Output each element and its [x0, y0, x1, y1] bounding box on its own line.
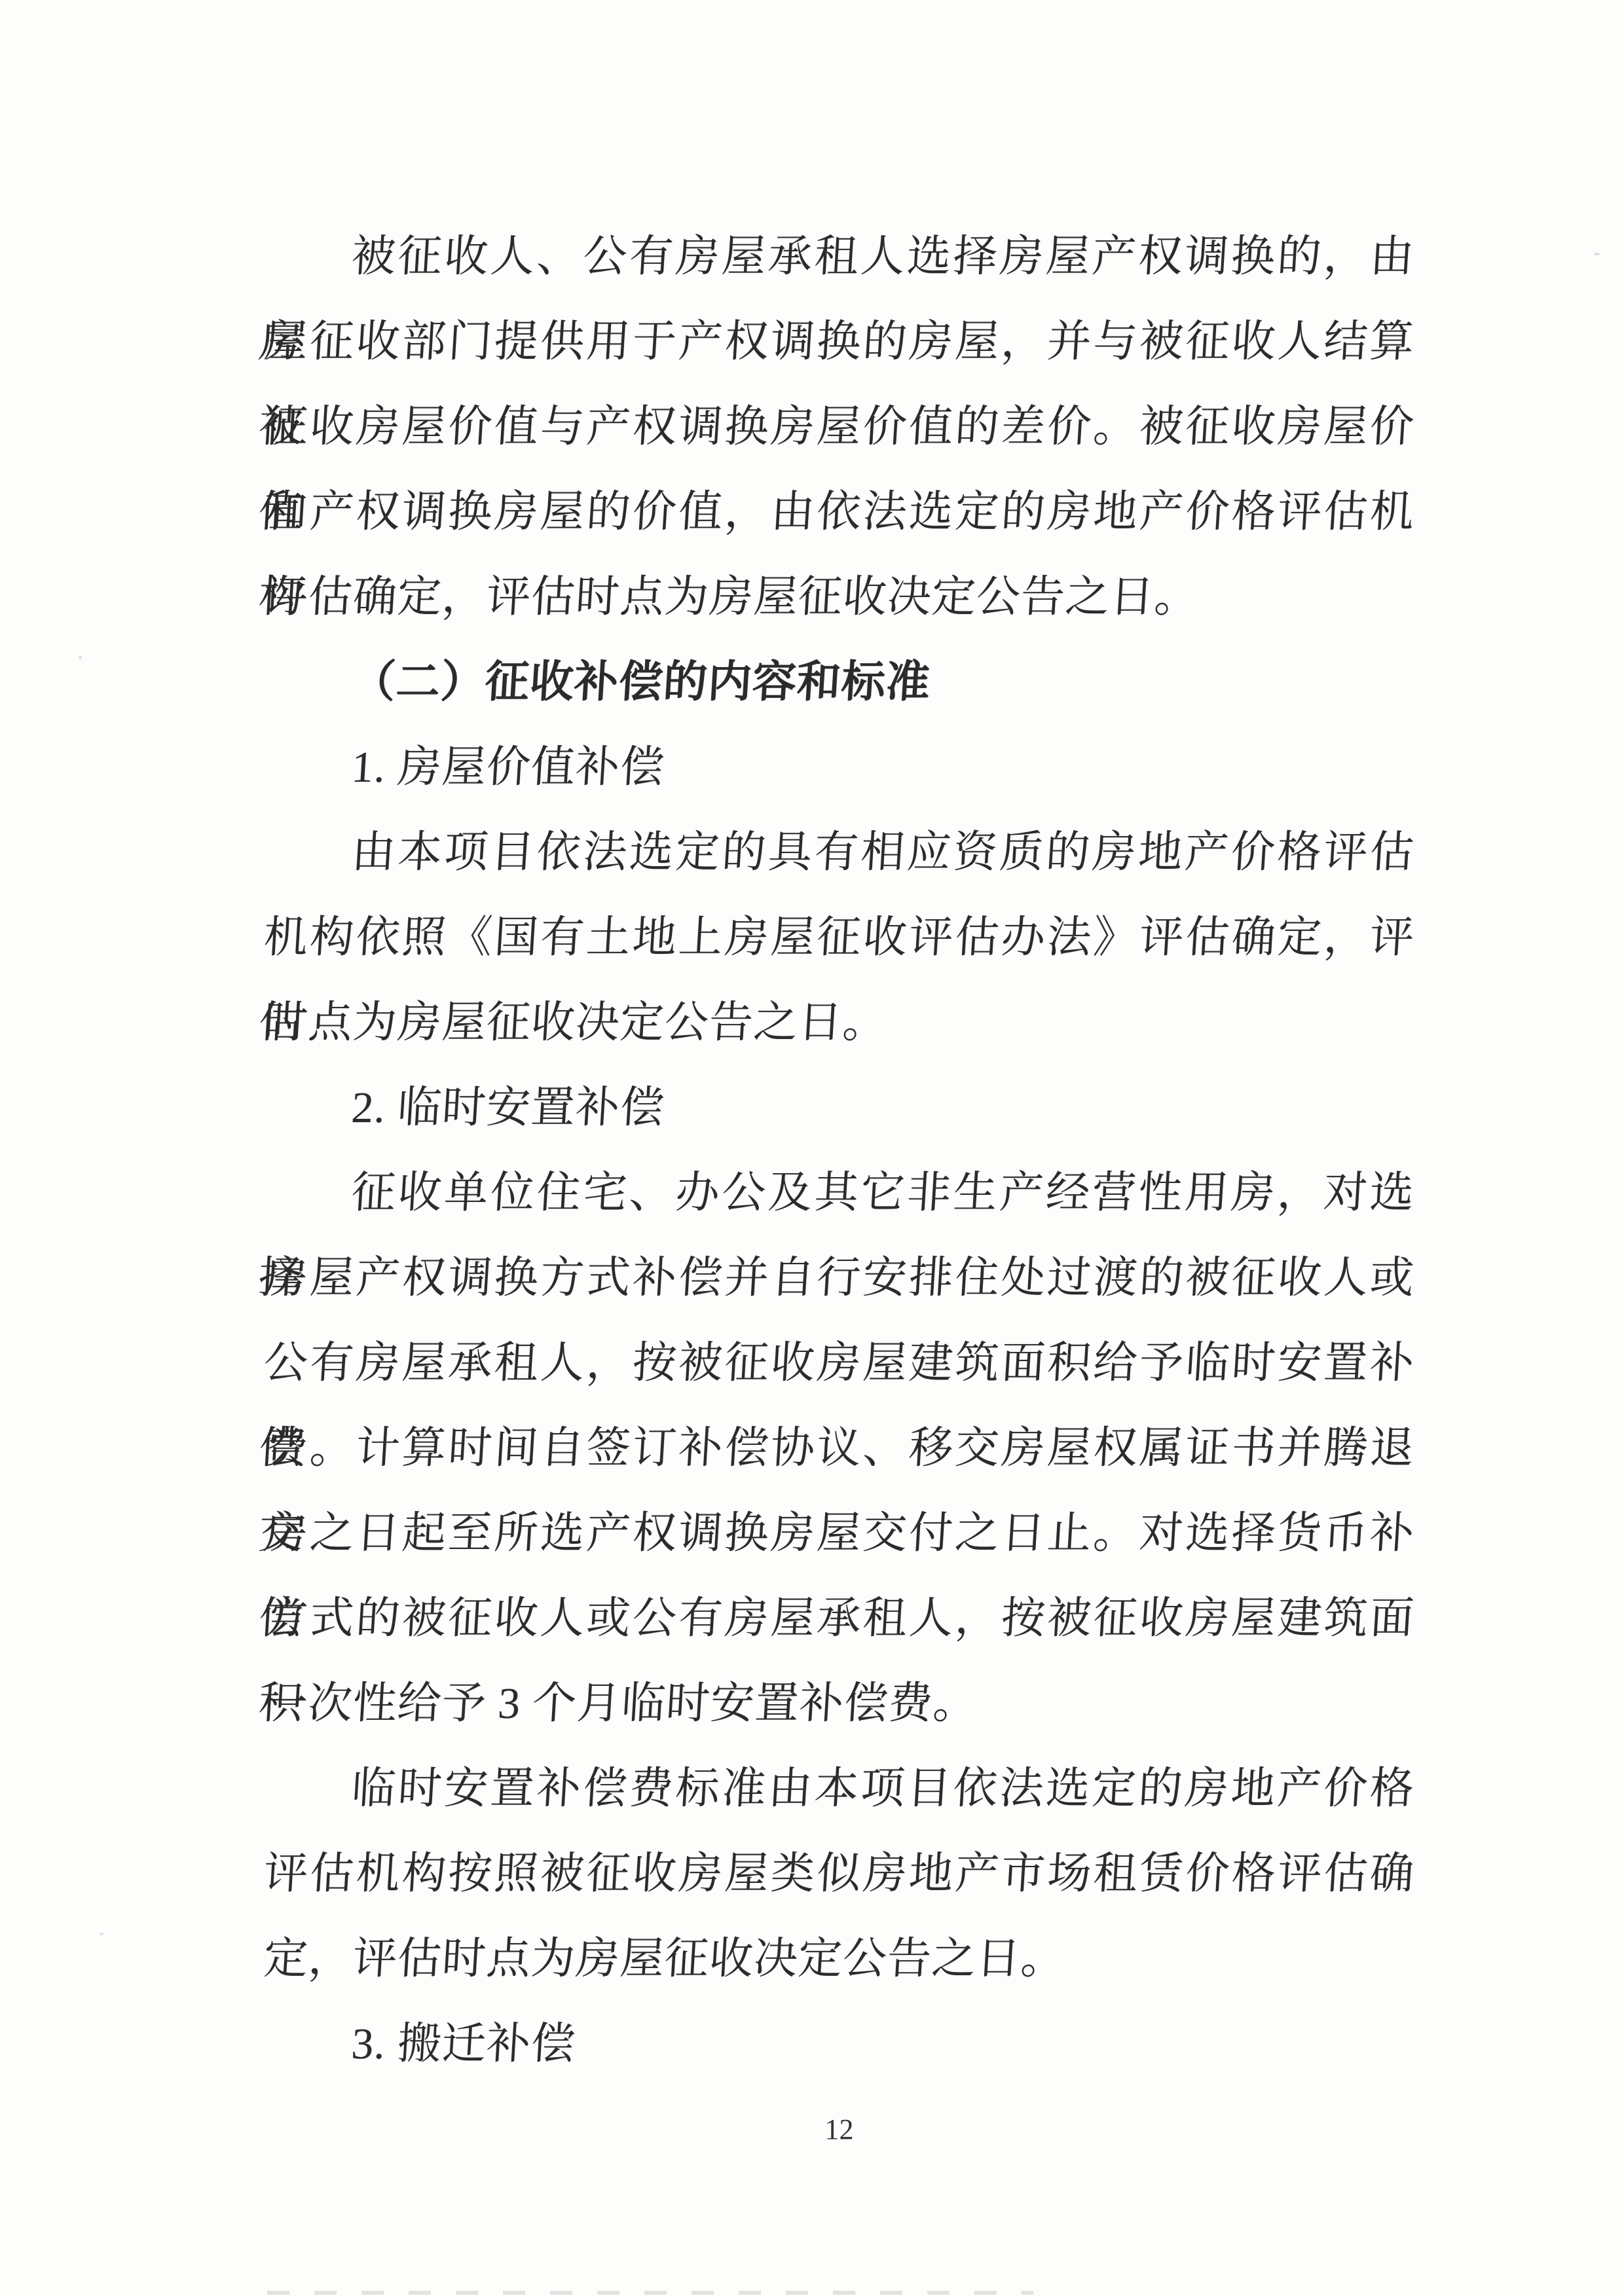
text-line: 3. 搬迁补偿: [261, 2001, 1417, 2086]
text-line: 征收房屋价值与产权调换房屋价值的差价。被征收房屋价值: [261, 384, 1417, 469]
text-line: 定，评估时点为房屋征收决定公告之日。: [261, 1916, 1417, 2001]
text-body: 被征收人、公有房屋承租人选择房屋产权调换的，由房屋征收部门提供用于产权调换的房屋…: [264, 214, 1414, 2086]
scan-speck: [79, 656, 82, 659]
text-line: 公有房屋承租人，按被征收房屋建筑面积给予临时安置补偿: [261, 1321, 1417, 1406]
text-line: 2. 临时安置补偿: [261, 1065, 1417, 1150]
next-page-text-bleed: [267, 2291, 1033, 2295]
text-line: 1. 房屋价值补偿: [261, 725, 1417, 810]
scan-speck: [1594, 253, 1600, 255]
text-line: 屋征收部门提供用于产权调换的房屋，并与被征收人结算被: [261, 299, 1417, 384]
document-page: 被征收人、公有房屋承租人选择房屋产权调换的，由房屋征收部门提供用于产权调换的房屋…: [0, 0, 1624, 2296]
text-line: 由本项目依法选定的具有相应资质的房地产价格评估: [261, 810, 1417, 895]
page-number: 12: [264, 2087, 1414, 2172]
text-line: 评估机构按照被征收房屋类似房地产市场租赁价格评估确: [261, 1831, 1417, 1916]
text-line: 临时安置补偿费标准由本项目依法选定的房地产价格: [261, 1746, 1417, 1831]
text-line: 被征收人、公有房屋承租人选择房屋产权调换的，由房: [261, 214, 1417, 299]
text-line: 评估确定，评估时点为房屋征收决定公告之日。: [261, 555, 1417, 640]
text-line: 机构依照《国有土地上房屋征收评估办法》评估确定，评估: [261, 895, 1417, 980]
text-line: 房屋产权调换方式补偿并自行安排住处过渡的被征收人或: [261, 1235, 1417, 1321]
heading-line: （二）征收补偿的内容和标准: [261, 640, 1417, 725]
scan-speck: [100, 1933, 103, 1935]
text-line: 房之日起至所选产权调换房屋交付之日止。对选择货币补偿: [261, 1491, 1417, 1576]
text-line: 和产权调换房屋的价值，由依法选定的房地产价格评估机构: [261, 469, 1417, 555]
text-line: 时点为房屋征收决定公告之日。: [261, 980, 1417, 1065]
text-line: 一次性给予 3 个月临时安置补偿费。: [261, 1661, 1417, 1746]
text-line: 费。计算时间自签订补偿协议、移交房屋权属证书并腾退交: [261, 1406, 1417, 1491]
text-line: 征收单位住宅、办公及其它非生产经营性用房，对选择: [261, 1150, 1417, 1235]
text-line: 方式的被征收人或公有房屋承租人，按被征收房屋建筑面积: [261, 1576, 1417, 1661]
